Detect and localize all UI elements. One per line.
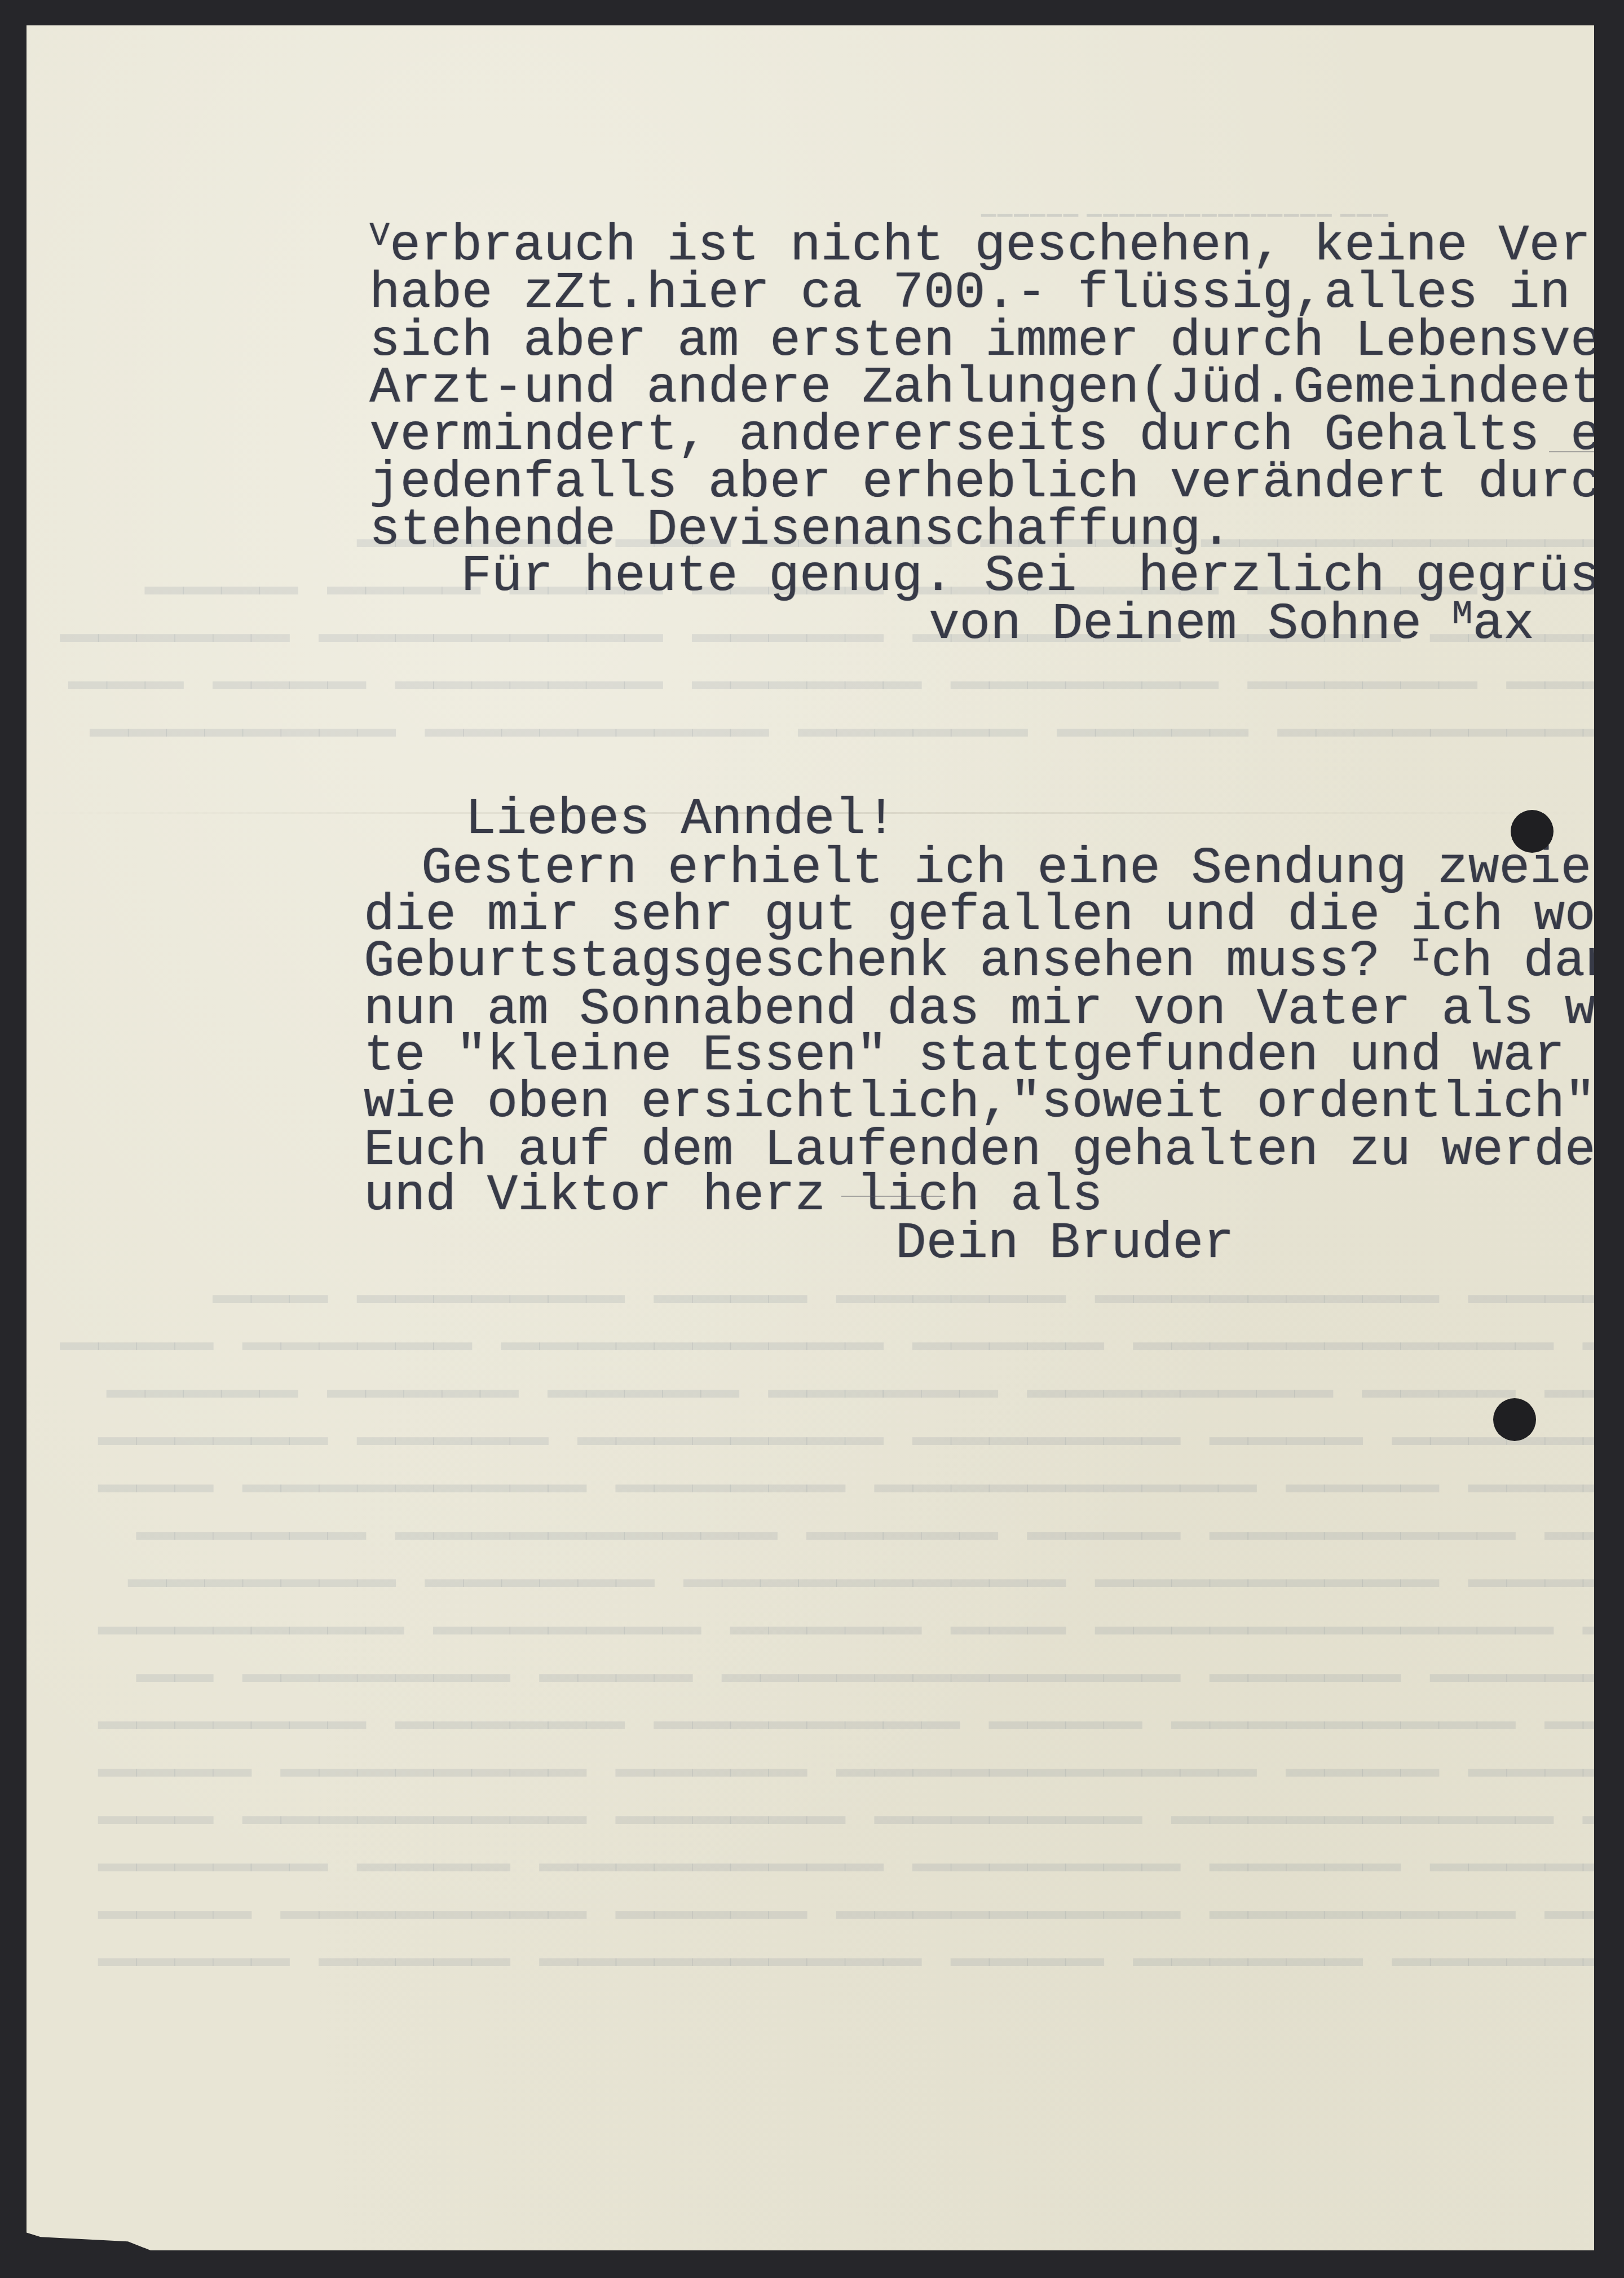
margin-mark: [1549, 451, 1594, 452]
closing-greeting: Für heute genug. Sei herzlich gegrüsst: [461, 551, 1624, 602]
raised-initial: V: [369, 217, 390, 255]
punch-hole-upper: [1511, 810, 1554, 853]
letter-line-15: und Viktor herz lich als: [364, 1170, 1103, 1222]
bleed-through-letterhead: ▁▁▁ ▁▁▁▁▁▁▁▁▁▁▁▁▁▁▁ ▁▁▁▁▁▁: [979, 195, 1388, 217]
raised-initial: I: [1411, 933, 1431, 971]
punch-hole-lower: [1493, 1398, 1536, 1441]
salutation: Liebes Anndel!: [465, 794, 897, 845]
bleed-through-texture-lower: ▔▔▔▔▔▔▔ ▔▔▔▔▔▔▔▔▔ ▔▔▔▔▔▔ ▔▔▔▔ ▔▔▔▔▔▔▔ ▔▔…: [60, 1306, 1624, 2016]
signature-father-letter: von Deinem Sohne Max: [929, 599, 1534, 650]
letter-line-2: habe zZt.hier ca 700.- flüssig,alles in …: [369, 268, 1624, 319]
raised-initial: M: [1452, 596, 1472, 634]
signature-brother: Dein Bruder: [895, 1218, 1234, 1270]
typed-dash-mark: [841, 1196, 943, 1197]
letter-line-10: Geburtstagsgeschenk ansehen muss? Ich da…: [364, 936, 1624, 988]
letter-page: ▁▁▁ ▁▁▁▁▁▁▁▁▁▁▁▁▁▁▁ ▁▁▁▁▁▁ ▔▔▔▔▔▔▔▔▔▔▔▔ …: [27, 25, 1594, 2250]
letter-line-13: wie oben ersichtlich,"soweit ordentlich"…: [364, 1077, 1624, 1129]
